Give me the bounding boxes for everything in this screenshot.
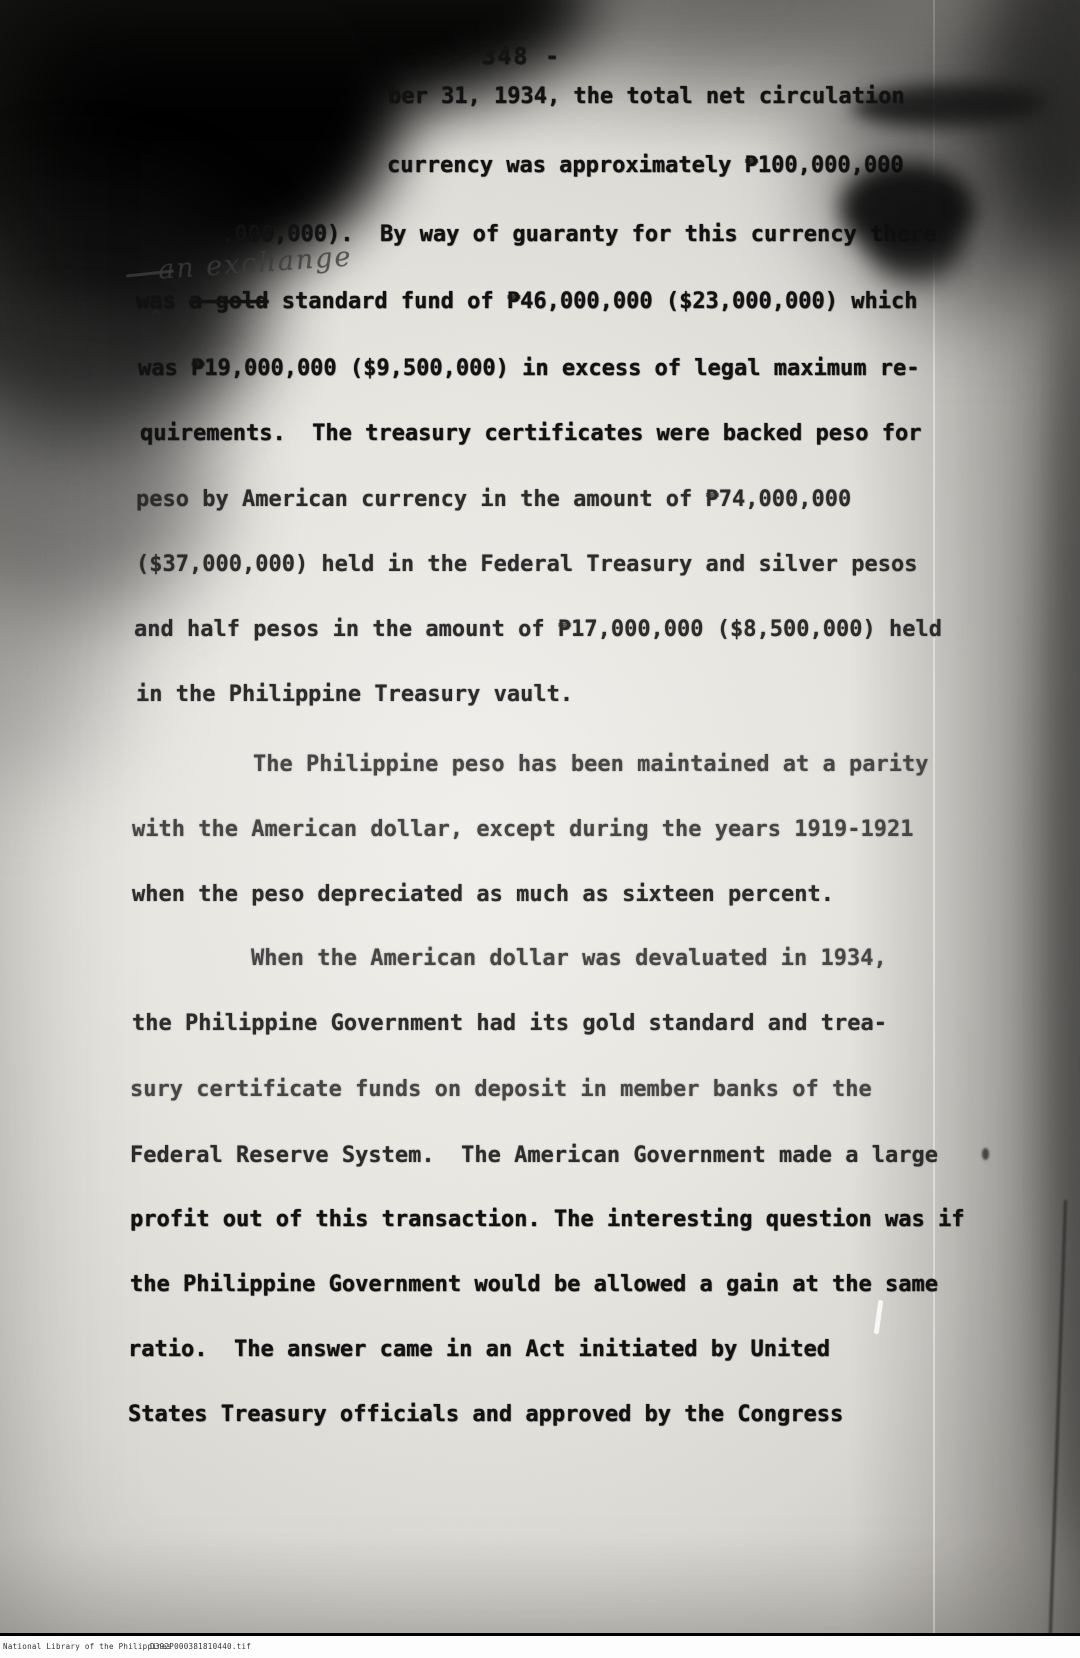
ink-smudge — [980, 0, 1080, 250]
typed-line: ber 31, 1934, the total net circulation — [388, 84, 905, 110]
scan-shading-bottom — [0, 1536, 1080, 1636]
typed-line: was ₱19,000,000 ($9,500,000) in excess o… — [138, 356, 919, 382]
typed-text: was — [136, 289, 189, 314]
ink-speck — [982, 1148, 989, 1160]
page-edge-line — [1048, 1200, 1067, 1658]
typed-line: Federal Reserve System. The American Gov… — [130, 1143, 938, 1169]
typed-line: in the Philippine Treasury vault. — [136, 682, 573, 708]
scan-filename: D392P000381810440.tif — [150, 1642, 251, 1651]
typed-line: with the American dollar, except during … — [132, 817, 913, 843]
insertion-caret: ^ — [150, 306, 161, 328]
typed-line: the Philippine Government would be allow… — [130, 1272, 938, 1298]
typed-line: quirements. The treasury certificates we… — [140, 421, 921, 447]
scanner-footer-bar: National Library of the Philippines D392… — [0, 1633, 1080, 1658]
handwritten-annotation: an exchange — [157, 241, 353, 285]
typed-line: The Philippine peso has been maintained … — [253, 752, 929, 778]
typed-line: peso by American currency in the amount … — [136, 487, 851, 513]
library-credit: National Library of the Philippines — [3, 1642, 172, 1651]
typed-line: ($37,000,000) held in the Federal Treasu… — [136, 552, 917, 578]
typed-line: currency was approximately ₱100,000,000 — [387, 153, 904, 179]
typed-text: standard fund of ₱46,000,000 ($23,000,00… — [268, 289, 917, 314]
typed-line: States Treasury officials and approved b… — [128, 1402, 843, 1428]
strikethrough-text: a gold — [189, 289, 268, 314]
typed-line-with-correction: was a gold standard fund of ₱46,000,000 … — [136, 289, 917, 315]
scanned-document-page: - 348 - ber 31, 1934, the total net circ… — [0, 0, 1080, 1658]
typed-line: ratio. The answer came in an Act initiat… — [128, 1337, 830, 1363]
typed-line: profit out of this transaction. The inte… — [130, 1207, 964, 1233]
scratch-artifact — [874, 1300, 884, 1334]
page-crease — [933, 0, 935, 1658]
typed-line: When the American dollar was devaluated … — [251, 946, 887, 972]
ink-smudge — [560, 0, 940, 80]
typed-line: when the peso depreciated as much as six… — [132, 882, 834, 908]
typed-line: and half pesos in the amount of ₱17,000,… — [134, 617, 942, 643]
page-number: - 348 - — [450, 44, 561, 70]
typed-line: the Philippine Government had its gold s… — [132, 1011, 887, 1037]
typed-line: sury certificate funds on deposit in mem… — [130, 1077, 872, 1103]
scan-shading-top — [0, 0, 1080, 150]
ink-smudge — [0, 560, 120, 780]
